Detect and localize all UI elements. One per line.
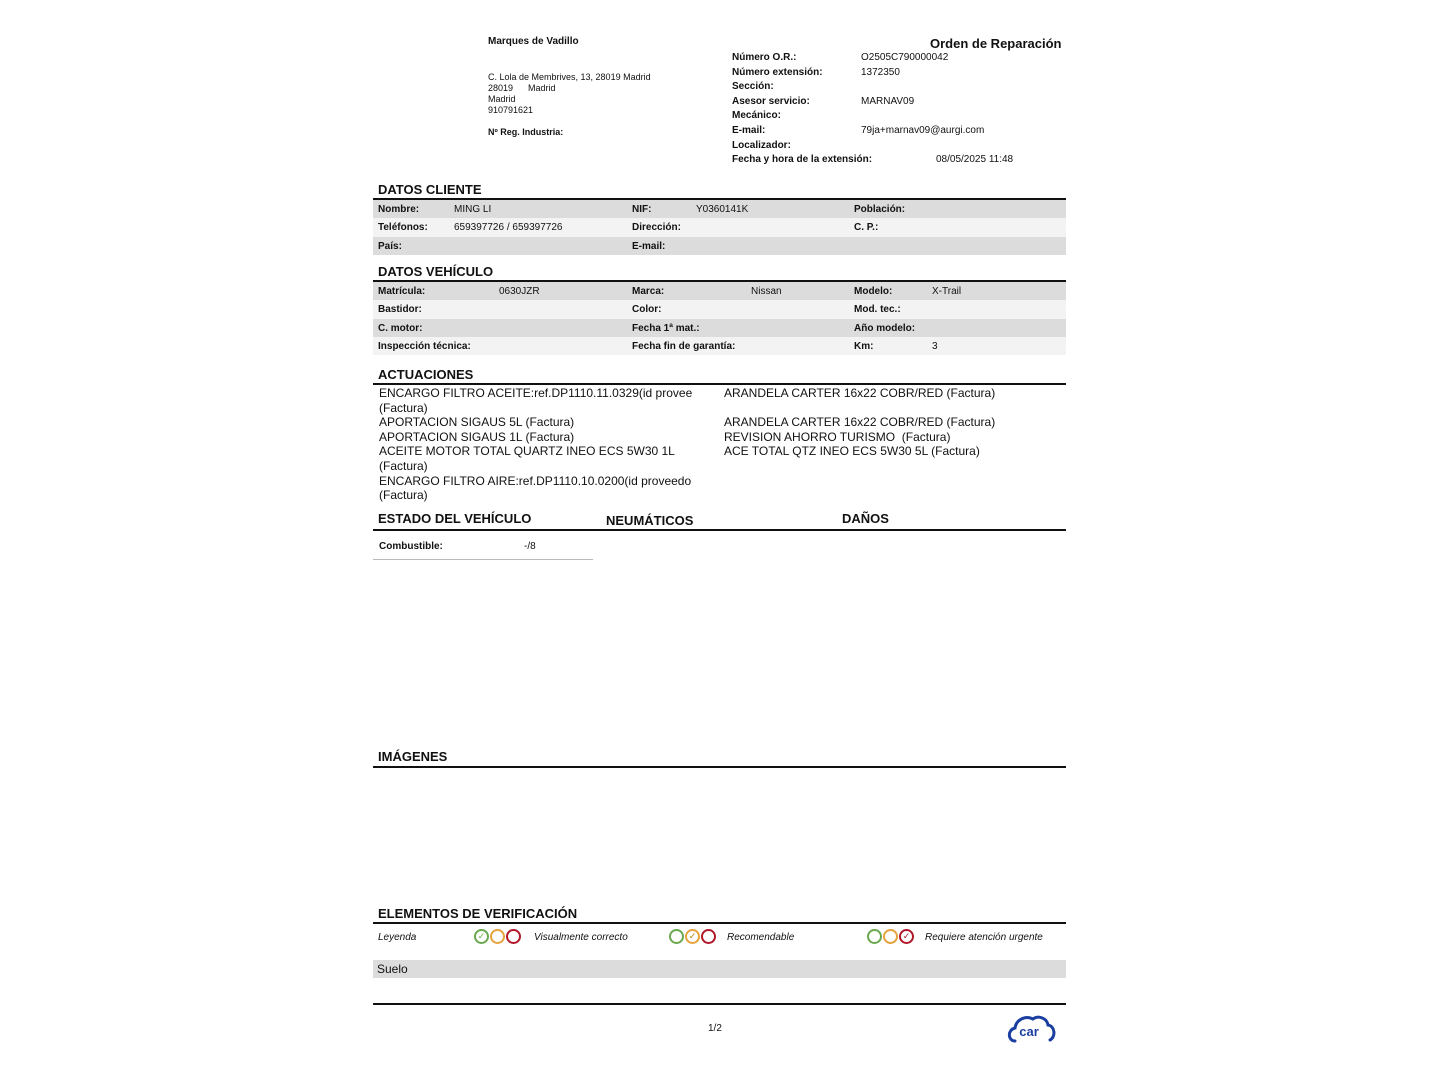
car-cloud-logo-icon: car bbox=[1005, 1012, 1057, 1048]
legend-row: Leyenda ✓ Visualmente correcto ✓ Recomen… bbox=[373, 926, 1066, 950]
circle-yellow-icon bbox=[883, 929, 898, 944]
actuacion-line: ENCARGO FILTRO AIRE:ref.DP1110.10.0200(i… bbox=[379, 474, 709, 489]
field-label: Marca: bbox=[632, 286, 664, 297]
field-label: Nombre: bbox=[378, 204, 419, 215]
status-circles-recommended: ✓ bbox=[669, 929, 716, 944]
field-value: 1372350 bbox=[861, 67, 900, 78]
section-title-danos: DAÑOS bbox=[842, 511, 889, 526]
field-label: Color: bbox=[632, 304, 661, 315]
circle-red-icon bbox=[506, 929, 521, 944]
table-row: Inspección técnica:Fecha fin de garantía… bbox=[373, 337, 1066, 355]
field-label: E-mail: bbox=[632, 241, 665, 252]
field-value: 3 bbox=[932, 341, 938, 352]
address-line: 28019 Madrid bbox=[488, 83, 651, 94]
check-circle-green-icon: ✓ bbox=[474, 929, 489, 944]
fuel-row: Combustible: -/8 bbox=[373, 537, 593, 560]
actuacion-line: (Factura) bbox=[379, 488, 709, 503]
cliente-table: Nombre:MING LINIF:Y0360141KPoblación:Tel… bbox=[373, 200, 1066, 255]
circle-green-icon bbox=[867, 929, 882, 944]
table-row: Nombre:MING LINIF:Y0360141KPoblación: bbox=[373, 200, 1066, 218]
field-label: C. P.: bbox=[854, 222, 878, 233]
field-label: NIF: bbox=[632, 204, 651, 215]
field-label: Asesor servicio: bbox=[732, 96, 810, 107]
check-circle-yellow-icon: ✓ bbox=[685, 929, 700, 944]
table-row: Teléfonos:659397726 / 659397726Dirección… bbox=[373, 218, 1066, 236]
actuacion-line: (Factura) bbox=[379, 401, 709, 416]
status-circles-urgent: ✓ bbox=[867, 929, 914, 944]
vehiculo-table: Matrícula:0630JZRMarca:NissanModelo:X-Tr… bbox=[373, 282, 1066, 355]
circle-green-icon bbox=[669, 929, 684, 944]
verification-item: Suelo bbox=[373, 960, 1066, 978]
field-value: X-Trail bbox=[932, 286, 961, 297]
legend-label: Leyenda bbox=[378, 932, 416, 943]
actuaciones-left: ENCARGO FILTRO ACEITE:ref.DP1110.11.0329… bbox=[379, 386, 709, 503]
actuacion-line: ACEITE MOTOR TOTAL QUARTZ INEO ECS 5W30 … bbox=[379, 444, 709, 459]
section-title-actuaciones: ACTUACIONES bbox=[378, 367, 473, 382]
address-line: Madrid bbox=[488, 94, 651, 105]
table-row: Matrícula:0630JZRMarca:NissanModelo:X-Tr… bbox=[373, 282, 1066, 300]
section-title-estado: ESTADO DEL VEHÍCULO bbox=[378, 511, 531, 526]
actuacion-line bbox=[724, 401, 1064, 416]
field-label: Matrícula: bbox=[378, 286, 425, 297]
field-label: Localizador: bbox=[732, 140, 791, 151]
phone-line: 910791621 bbox=[488, 105, 651, 116]
field-label: Teléfonos: bbox=[378, 222, 428, 233]
fuel-label: Combustible: bbox=[379, 541, 443, 552]
document-title: Orden de Reparación bbox=[930, 36, 1061, 51]
legend-text: Recomendable bbox=[727, 932, 794, 943]
actuacion-line: REVISION AHORRO TURISMO (Factura) bbox=[724, 430, 1064, 445]
field-label: Número O.R.: bbox=[732, 52, 796, 63]
legend-text: Visualmente correcto bbox=[534, 932, 628, 943]
field-value: Y0360141K bbox=[696, 204, 748, 215]
company-name: Marques de Vadillo bbox=[488, 36, 579, 47]
field-label: Fecha y hora de la extensión: bbox=[732, 154, 872, 165]
field-label: Mod. tec.: bbox=[854, 304, 901, 315]
verification-item-label: Suelo bbox=[377, 962, 408, 976]
actuacion-line: ACE TOTAL QTZ INEO ECS 5W30 5L (Factura) bbox=[724, 444, 1064, 459]
section-title-neumaticos: NEUMÁTICOS bbox=[606, 513, 693, 528]
circle-red-icon bbox=[701, 929, 716, 944]
table-row: C. motor:Fecha 1ª mat.:Año modelo: bbox=[373, 319, 1066, 337]
legend-text: Requiere atención urgente bbox=[925, 932, 1043, 943]
field-value: Nissan bbox=[751, 286, 782, 297]
field-label: Bastidor: bbox=[378, 304, 422, 315]
svg-text:car: car bbox=[1019, 1024, 1039, 1039]
actuacion-line: (Factura) bbox=[379, 459, 709, 474]
field-label: Dirección: bbox=[632, 222, 681, 233]
field-label: Año modelo: bbox=[854, 323, 915, 334]
status-circles-correct: ✓ bbox=[474, 929, 521, 944]
field-label: Número extensión: bbox=[732, 67, 823, 78]
section-title-imagenes: IMÁGENES bbox=[378, 749, 447, 764]
section-divider bbox=[373, 383, 1066, 385]
field-value: 79ja+marnav09@aurgi.com bbox=[861, 125, 984, 136]
field-value: O2505C790000042 bbox=[861, 52, 948, 63]
section-title-cliente: DATOS CLIENTE bbox=[378, 182, 482, 197]
field-label: Mecánico: bbox=[732, 110, 781, 121]
actuacion-line: ARANDELA CARTER 16x22 COBR/RED (Factura) bbox=[724, 386, 1064, 401]
field-label: Sección: bbox=[732, 81, 774, 92]
section-divider bbox=[373, 766, 1066, 768]
section-divider bbox=[373, 922, 1066, 924]
field-label: Fecha fin de garantía: bbox=[632, 341, 735, 352]
field-label: E-mail: bbox=[732, 125, 765, 136]
company-address: C. Lola de Membrives, 13, 28019 Madrid 2… bbox=[488, 72, 651, 116]
section-title-vehiculo: DATOS VEHÍCULO bbox=[378, 264, 493, 279]
reg-industria-label: Nº Reg. Industria: bbox=[488, 127, 563, 137]
actuacion-line: ENCARGO FILTRO ACEITE:ref.DP1110.11.0329… bbox=[379, 386, 709, 401]
actuaciones-right: ARANDELA CARTER 16x22 COBR/RED (Factura)… bbox=[724, 386, 1064, 459]
actuacion-line: ARANDELA CARTER 16x22 COBR/RED (Factura) bbox=[724, 415, 1064, 430]
check-circle-red-icon: ✓ bbox=[899, 929, 914, 944]
section-divider bbox=[373, 529, 1066, 531]
field-label: Inspección técnica: bbox=[378, 341, 471, 352]
table-row: Bastidor:Color:Mod. tec.: bbox=[373, 300, 1066, 318]
actuacion-line: APORTACION SIGAUS 5L (Factura) bbox=[379, 415, 709, 430]
address-line: C. Lola de Membrives, 13, 28019 Madrid bbox=[488, 72, 651, 83]
field-label: Km: bbox=[854, 341, 873, 352]
circle-yellow-icon bbox=[490, 929, 505, 944]
field-value: MARNAV09 bbox=[861, 96, 914, 107]
field-value: 08/05/2025 11:48 bbox=[936, 154, 1013, 165]
field-value: 659397726 / 659397726 bbox=[454, 222, 562, 233]
actuacion-line: APORTACION SIGAUS 1L (Factura) bbox=[379, 430, 709, 445]
field-label: C. motor: bbox=[378, 323, 422, 334]
field-label: País: bbox=[378, 241, 402, 252]
field-label: Población: bbox=[854, 204, 905, 215]
footer-divider bbox=[373, 1003, 1066, 1005]
field-label: Modelo: bbox=[854, 286, 892, 297]
fuel-value: -/8 bbox=[524, 541, 536, 552]
field-value: 0630JZR bbox=[499, 286, 540, 297]
page-number: 1/2 bbox=[708, 1023, 722, 1034]
section-title-verificacion: ELEMENTOS DE VERIFICACIÓN bbox=[378, 906, 577, 921]
field-label: Fecha 1ª mat.: bbox=[632, 323, 700, 334]
table-row: País:E-mail: bbox=[373, 237, 1066, 255]
field-value: MING LI bbox=[454, 204, 491, 215]
